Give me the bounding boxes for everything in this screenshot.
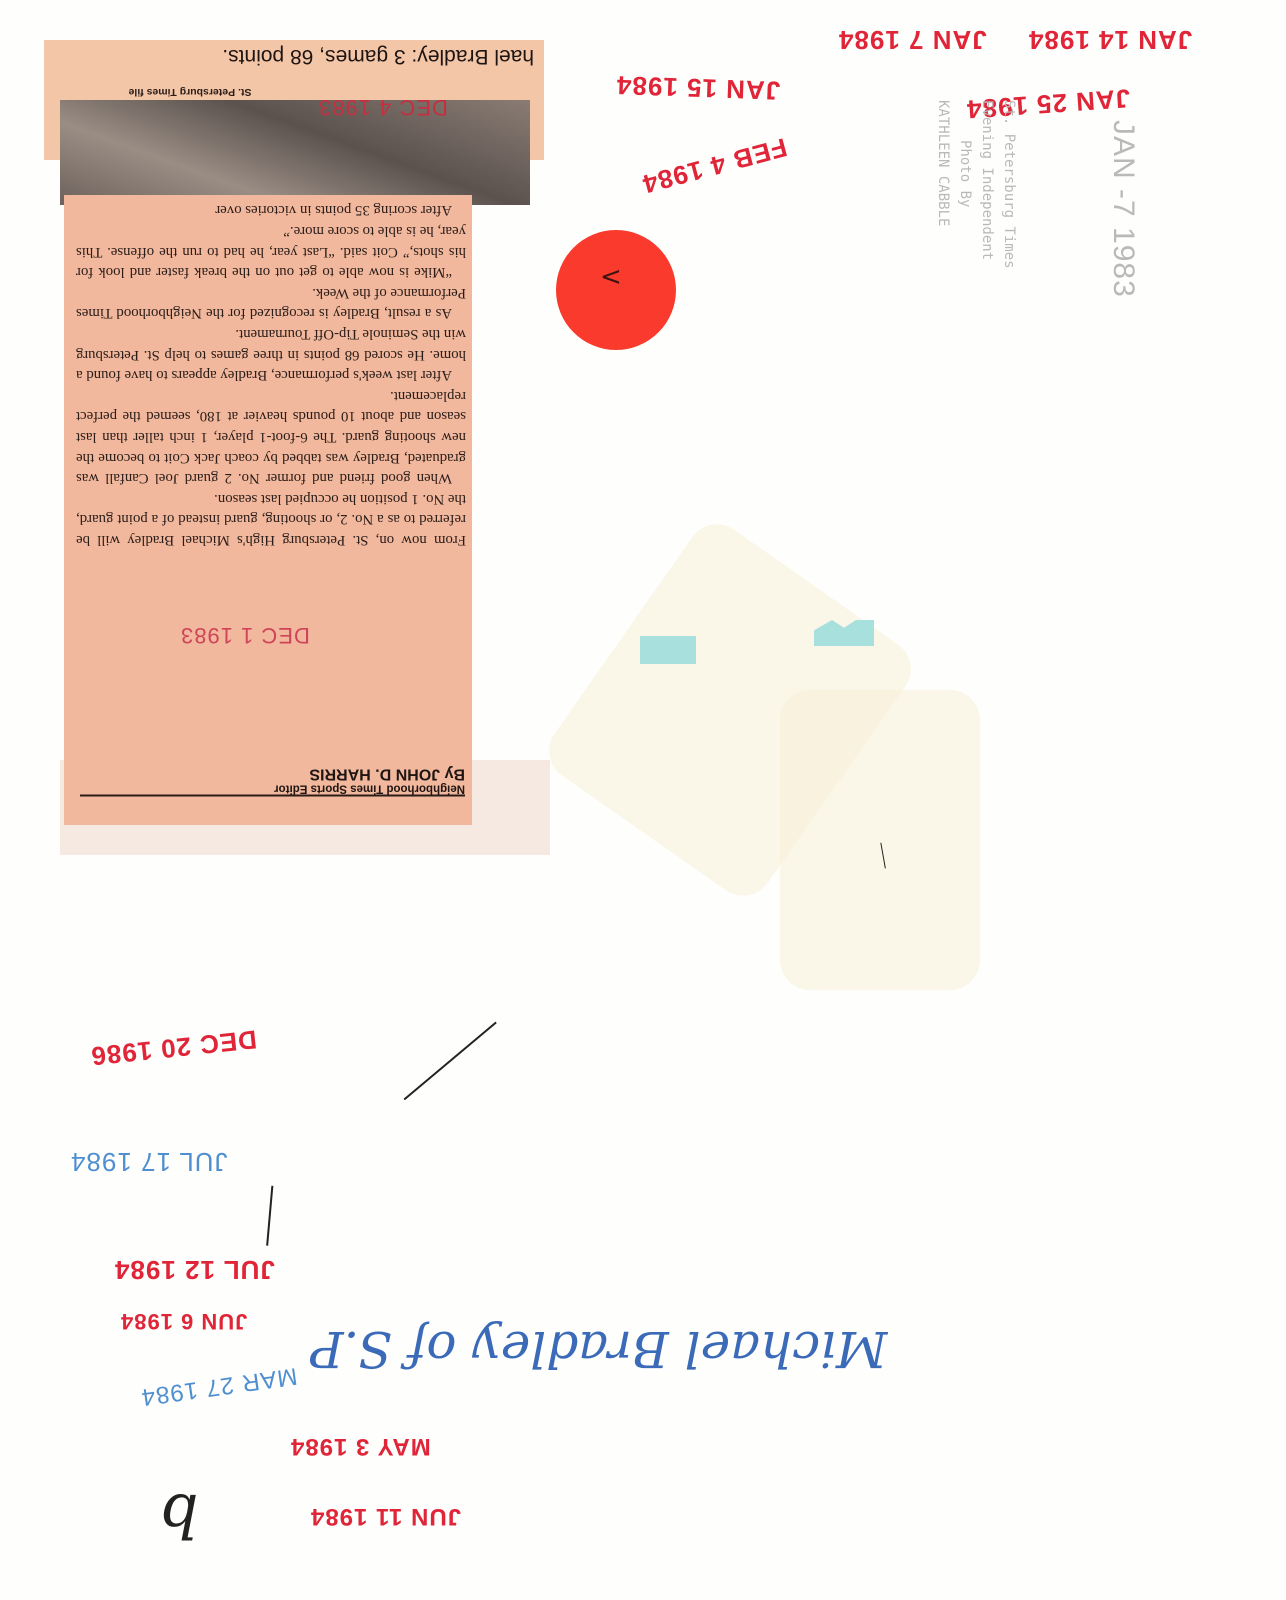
date-stamp: DEC 20 1986 [89,1023,258,1071]
date-stamp: JUL 12 1984 [114,1254,275,1285]
photographer-stamp: St. Petersburg Times Evening Independent… [932,100,1020,269]
handwritten-caption: Michael Bradley of S.P [310,1320,887,1378]
clipping-paragraph: After last week's performance, Bradley a… [76,324,466,386]
date-stamp: JUN 11 1984 [310,1502,461,1530]
received-date-stamp: JAN -7 1983 [1106,120,1140,298]
photographer-line: St. Petersburg Times [998,100,1020,269]
clipping-photo [60,100,530,205]
handwritten-initial: b [160,1480,198,1550]
clipping-body: From now on, St. Petersburg High's Micha… [76,200,466,550]
clipping-byline: Neighborhood Times Sports Editor By JOHN… [80,765,465,801]
clipping-paragraph: As a result, Bradley is recognized for t… [76,282,466,323]
byline-title: Neighborhood Times Sports Editor [80,783,465,795]
stain [780,690,980,990]
byline-name: By JOHN D. HARRIS [80,765,465,783]
date-stamp: MAY 3 1984 [290,1432,431,1460]
pencil-mark [267,1186,274,1246]
photographer-line: Evening Independent [976,100,998,269]
pencil-mark [404,1022,497,1100]
date-stamp: JAN 15 1984 [616,69,781,106]
date-stamp: JAN 14 1984 [1028,24,1192,55]
photographer-line: KATHLEEN CABBLE [932,100,954,269]
date-stamp-blue: JUL 17 1984 [70,1146,227,1177]
sticker-mark: < [600,262,622,292]
clipping-paragraph: When good friend and former No. 2 guard … [76,385,466,488]
clipping-photo-credit: St. Petersburg Times file [60,86,320,98]
clipping-body-date-stamp: DEC 1 1983 [180,622,310,648]
clipping-paragraph: From now on, St. Petersburg High's Micha… [76,488,466,550]
photo-back: hael Bradley: 3 games, 68 points. St. Pe… [0,0,1286,1600]
date-stamp-blue: MAR 27 1984 [139,1361,299,1411]
date-stamp: JAN 7 1984 [838,24,987,55]
date-stamp: FEB 4 1984 [639,131,791,199]
clipping-headline: hael Bradley: 3 games, 68 points. [74,44,534,68]
date-stamp: JUN 6 1984 [120,1308,247,1334]
clipping-paragraph: After scoring 35 points in victories ove… [76,200,466,221]
clipping-paragraph: “Mike is now able to get out on the brea… [76,221,466,283]
tape-remnant [640,636,696,664]
photographer-line: Photo By [954,100,976,269]
clipping-photo-date-stamp: DEC 4 1983 [318,94,448,120]
byline-rule [80,795,465,797]
